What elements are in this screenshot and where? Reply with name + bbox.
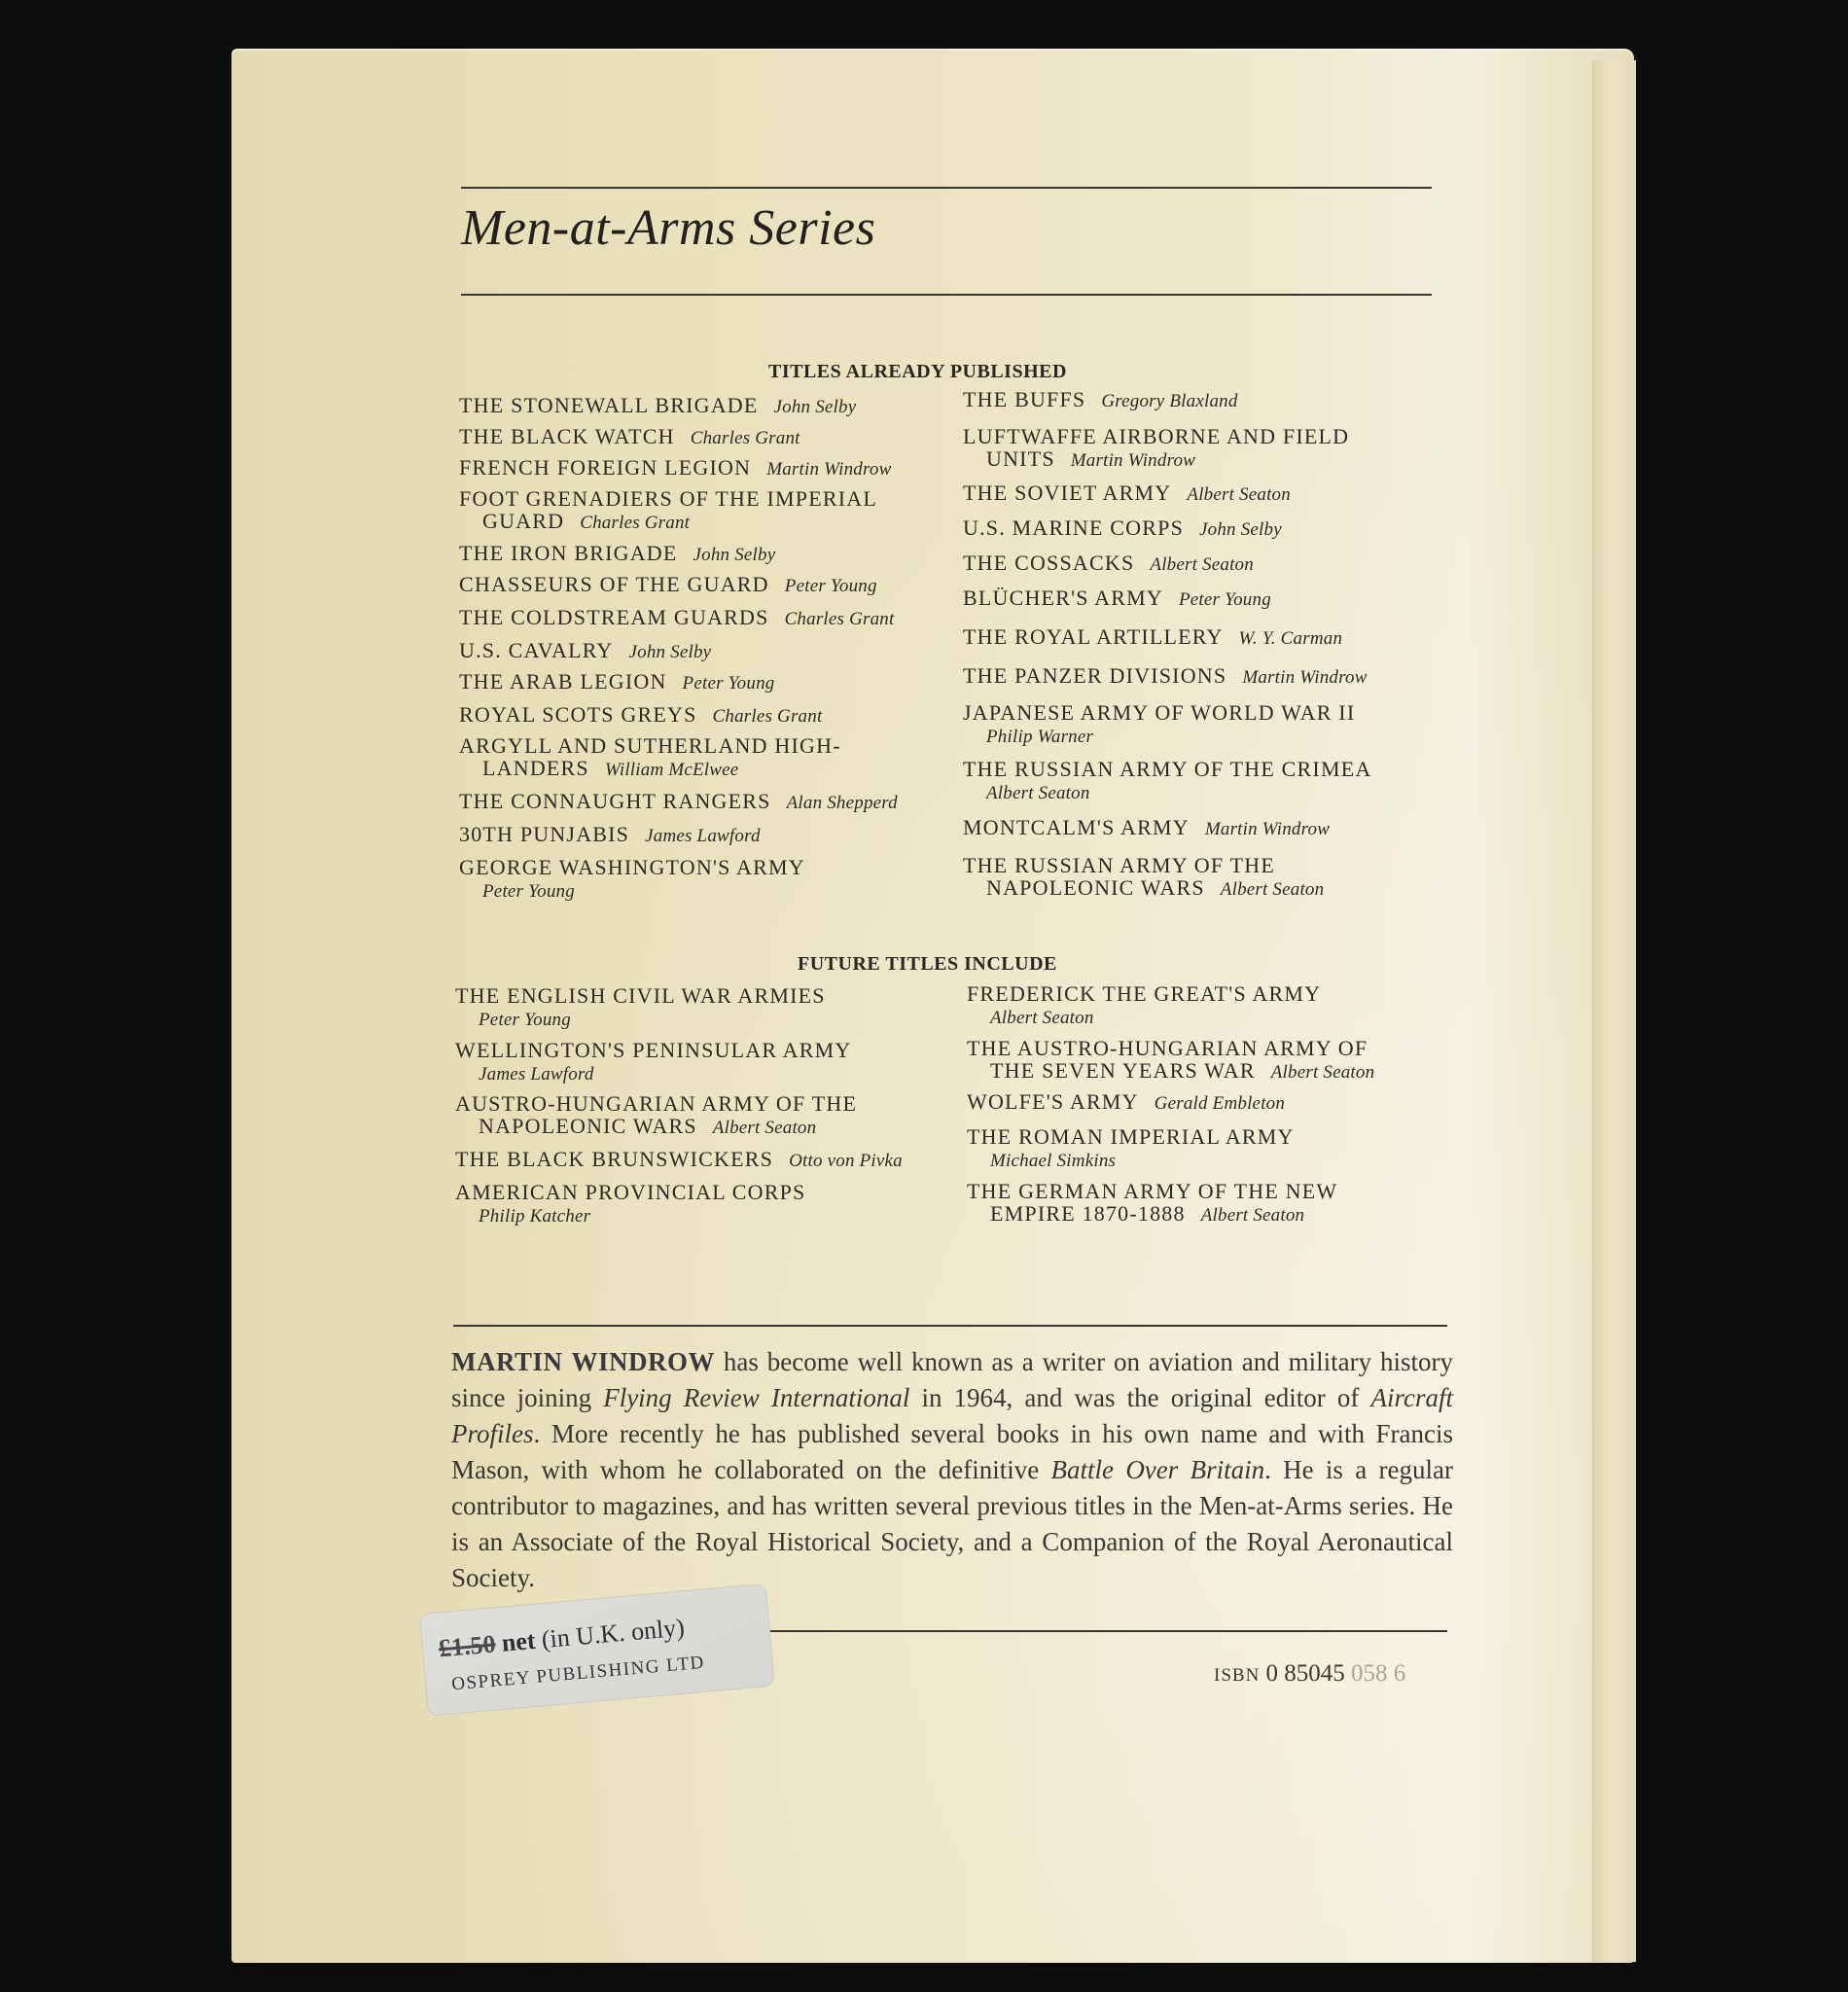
book-author-line: Michael Simkins [967, 1148, 1295, 1172]
book-author: Michael Simkins [990, 1151, 1116, 1171]
list-item: WOLFE'S ARMYGerald Embleton [967, 1090, 1285, 1115]
book-title: U.S. CAVALRY [459, 638, 613, 662]
book-title-continued: THE SEVEN YEARS WARAlbert Seaton [967, 1059, 1374, 1084]
series-title: Men-at-Arms Series [461, 199, 875, 257]
list-item: THE COLDSTREAM GUARDSCharles Grant [459, 606, 894, 630]
book-title: GEORGE WASHINGTON'S ARMY [459, 855, 805, 879]
author-name: MARTIN WINDROW [451, 1347, 715, 1376]
book-title: THE BLACK BRUNSWICKERS [455, 1147, 773, 1171]
book-title: FREDERICK THE GREAT'S ARMY [967, 981, 1321, 1006]
book-title-continued: UNITSMartin Windrow [963, 447, 1349, 472]
bio-divider-rule [453, 1325, 1447, 1327]
book-author-line: Peter Young [455, 1007, 826, 1031]
book-title-continued: LANDERSWilliam McElwee [459, 757, 841, 781]
book-title-continued: NAPOLEONIC WARSAlbert Seaton [455, 1115, 857, 1139]
book-title: LUFTWAFFE AIRBORNE AND FIELD [963, 424, 1349, 448]
isbn: ISBN 0 85045 058 6 [1214, 1660, 1405, 1688]
book-author-line: Peter Young [459, 878, 805, 903]
list-item: THE IRON BRIGADEJohn Selby [459, 542, 775, 566]
book-title: THE ROMAN IMPERIAL ARMY [967, 1124, 1295, 1149]
list-item: CHASSEURS OF THE GUARDPeter Young [459, 573, 877, 597]
list-item: THE COSSACKSAlbert Seaton [963, 551, 1254, 576]
list-item: JAPANESE ARMY OF WORLD WAR IIPhilip Warn… [963, 701, 1355, 748]
book-title: THE ENGLISH CIVIL WAR ARMIES [455, 983, 826, 1008]
book-author: Martin Windrow [1071, 450, 1195, 471]
list-item: THE BUFFSGregory Blaxland [963, 388, 1238, 412]
book-title: THE IRON BRIGADE [459, 541, 678, 565]
book-title: U.S. MARINE CORPS [963, 516, 1184, 540]
book-title: THE RUSSIAN ARMY OF THE [963, 853, 1275, 877]
book-author: Otto von Pivka [789, 1151, 903, 1171]
list-item: MONTCALM'S ARMYMartin Windrow [963, 816, 1330, 840]
isbn-number: 0 85045 [1266, 1660, 1345, 1687]
book-title: THE GERMAN ARMY OF THE NEW [967, 1179, 1337, 1203]
book-author: Charles Grant [580, 513, 690, 533]
book-author: Peter Young [479, 1010, 571, 1030]
book-author-line: Albert Seaton [963, 780, 1371, 804]
book-title: FRENCH FOREIGN LEGION [459, 455, 751, 480]
book-author: Philip Warner [986, 727, 1093, 747]
list-item: FREDERICK THE GREAT'S ARMYAlbert Seaton [967, 982, 1321, 1029]
book-title-cont-text: NAPOLEONIC WARS [986, 875, 1205, 900]
book-author: Peter Young [785, 576, 877, 596]
book-author: Albert Seaton [1187, 484, 1291, 505]
top-rule [461, 187, 1432, 189]
list-item: FRENCH FOREIGN LEGIONMartin Windrow [459, 456, 891, 480]
book-author: Philip Katcher [479, 1206, 590, 1227]
book-title: THE BLACK WATCH [459, 424, 675, 448]
book-title-cont-text: LANDERS [482, 756, 589, 780]
book-title: THE ARAB LEGION [459, 669, 667, 694]
book-title-continued: NAPOLEONIC WARSAlbert Seaton [963, 876, 1324, 901]
list-item: THE ENGLISH CIVIL WAR ARMIESPeter Young [455, 984, 826, 1031]
book-author: Albert Seaton [713, 1118, 817, 1138]
book-author: Alan Shepperd [787, 793, 898, 813]
book-author: Albert Seaton [1150, 554, 1254, 575]
book-spine-edge [1592, 60, 1636, 1962]
book-author-line: Albert Seaton [967, 1005, 1321, 1029]
list-item: THE RUSSIAN ARMY OF THENAPOLEONIC WARSAl… [963, 854, 1324, 901]
book-title: JAPANESE ARMY OF WORLD WAR II [963, 700, 1355, 725]
list-item: ROYAL SCOTS GREYSCharles Grant [459, 703, 822, 728]
book-title-continued: GUARDCharles Grant [459, 510, 877, 534]
list-item: ARGYLL AND SUTHERLAND HIGH-LANDERSWillia… [459, 734, 841, 781]
book-author: Gregory Blaxland [1101, 391, 1237, 411]
book-author: James Lawford [645, 826, 761, 846]
published-heading: TITLES ALREADY PUBLISHED [768, 361, 1067, 383]
list-item: 30TH PUNJABISJames Lawford [459, 823, 761, 847]
list-item: THE BLACK WATCHCharles Grant [459, 425, 800, 449]
price-note: (in U.K. only) [541, 1613, 686, 1654]
book-author: Peter Young [683, 673, 775, 694]
list-item: THE BLACK BRUNSWICKERSOtto von Pivka [455, 1148, 903, 1172]
book-title: THE PANZER DIVISIONS [963, 663, 1226, 688]
book-title: WELLINGTON'S PENINSULAR ARMY [455, 1038, 852, 1062]
book-title: THE ROYAL ARTILLERY [963, 624, 1224, 649]
book-author: Albert Seaton [990, 1008, 1094, 1028]
book-title: BLÜCHER'S ARMY [963, 586, 1163, 610]
future-heading: FUTURE TITLES INCLUDE [798, 953, 1057, 976]
book-title: THE AUSTRO-HUNGARIAN ARMY OF [967, 1036, 1368, 1060]
list-item: THE PANZER DIVISIONSMartin Windrow [963, 664, 1368, 689]
list-item: U.S. MARINE CORPSJohn Selby [963, 516, 1282, 541]
book-author: Albert Seaton [1221, 879, 1325, 900]
list-item: THE CONNAUGHT RANGERSAlan Shepperd [459, 790, 898, 814]
list-item: THE STONEWALL BRIGADEJohn Selby [459, 394, 856, 418]
book-title: MONTCALM'S ARMY [963, 815, 1190, 839]
book-title: THE COLDSTREAM GUARDS [459, 605, 769, 629]
list-item: BLÜCHER'S ARMYPeter Young [963, 587, 1271, 611]
book-title: THE SOVIET ARMY [963, 480, 1171, 505]
list-item: THE RUSSIAN ARMY OF THE CRIMEAAlbert Sea… [963, 758, 1371, 804]
isbn-label: ISBN [1214, 1665, 1260, 1686]
book-author-line: Philip Katcher [455, 1203, 805, 1227]
book-author: William McElwee [605, 760, 739, 780]
book-title: 30TH PUNJABIS [459, 822, 629, 846]
book-author: Gerald Embleton [1155, 1093, 1285, 1114]
bio-text-segment: in 1964, and was the original editor of [909, 1383, 1370, 1412]
list-item: LUFTWAFFE AIRBORNE AND FIELDUNITSMartin … [963, 425, 1349, 472]
title-bottom-rule [461, 294, 1432, 296]
book-title: ARGYLL AND SUTHERLAND HIGH- [459, 733, 841, 758]
book-author: John Selby [693, 545, 776, 565]
list-item: FOOT GRENADIERS OF THE IMPERIALGUARDChar… [459, 487, 877, 534]
author-biography: MARTIN WINDROW has become well known as … [451, 1344, 1453, 1596]
book-title-cont-text: NAPOLEONIC WARS [479, 1114, 697, 1138]
book-title: FOOT GRENADIERS OF THE IMPERIAL [459, 486, 877, 511]
book-title: ROYAL SCOTS GREYS [459, 702, 697, 727]
book-title: THE STONEWALL BRIGADE [459, 393, 759, 417]
book-title: THE BUFFS [963, 387, 1085, 411]
price-amount: £1.50 [438, 1629, 497, 1662]
book-author: John Selby [1199, 519, 1282, 540]
list-item: THE SOVIET ARMYAlbert Seaton [963, 481, 1291, 506]
book-title: CHASSEURS OF THE GUARD [459, 572, 769, 596]
book-title-continued: EMPIRE 1870-1888Albert Seaton [967, 1202, 1337, 1227]
book-title: THE COSSACKS [963, 551, 1134, 575]
book-author: Martin Windrow [766, 459, 891, 480]
list-item: THE ROMAN IMPERIAL ARMYMichael Simkins [967, 1125, 1295, 1172]
book-author: John Selby [774, 397, 857, 417]
book-title-cont-text: THE SEVEN YEARS WAR [990, 1058, 1256, 1083]
price-net: net [501, 1626, 537, 1657]
book-author: W. Y. Carman [1239, 628, 1343, 649]
book-author: Albert Seaton [986, 783, 1090, 803]
book-author: Peter Young [1179, 589, 1271, 610]
book-title: WOLFE'S ARMY [967, 1089, 1139, 1114]
book-title: THE RUSSIAN ARMY OF THE CRIMEA [963, 757, 1371, 781]
list-item: THE AUSTRO-HUNGARIAN ARMY OFTHE SEVEN YE… [967, 1037, 1374, 1084]
price-line: £1.50 net (in U.K. only) [438, 1613, 686, 1663]
book-author: Charles Grant [785, 609, 895, 629]
list-item: THE GERMAN ARMY OF THE NEWEMPIRE 1870-18… [967, 1180, 1337, 1227]
list-item: THE ARAB LEGIONPeter Young [459, 670, 774, 694]
list-item: GEORGE WASHINGTON'S ARMYPeter Young [459, 856, 805, 903]
list-item: U.S. CAVALRYJohn Selby [459, 639, 711, 663]
list-item: AUSTRO-HUNGARIAN ARMY OF THENAPOLEONIC W… [455, 1092, 857, 1139]
book-author-line: Philip Warner [963, 724, 1355, 748]
book-author: John Selby [628, 642, 711, 662]
list-item: WELLINGTON'S PENINSULAR ARMYJames Lawfor… [455, 1039, 852, 1085]
book-title-cont-text: UNITS [986, 446, 1055, 471]
book-author: Charles Grant [691, 428, 800, 448]
publication-title: Flying Review International [603, 1383, 909, 1412]
book-title-cont-text: EMPIRE 1870-1888 [990, 1201, 1186, 1226]
list-item: THE ROYAL ARTILLERYW. Y. Carman [963, 625, 1342, 650]
book-title-cont-text: GUARD [482, 509, 564, 533]
bottom-rule [770, 1630, 1447, 1632]
book-author: James Lawford [479, 1064, 594, 1085]
isbn-number-faded: 058 6 [1351, 1660, 1405, 1687]
list-item: AMERICAN PROVINCIAL CORPSPhilip Katcher [455, 1181, 805, 1227]
book-author: Martin Windrow [1242, 667, 1367, 688]
book-title: AUSTRO-HUNGARIAN ARMY OF THE [455, 1091, 857, 1116]
book-author-line: James Lawford [455, 1061, 852, 1085]
book-author: Martin Windrow [1205, 819, 1330, 839]
book-author: Peter Young [482, 881, 575, 902]
book-author: Albert Seaton [1201, 1205, 1305, 1226]
publication-title: Battle Over Britain [1051, 1455, 1265, 1484]
book-author: Albert Seaton [1271, 1062, 1375, 1083]
book-title: AMERICAN PROVINCIAL CORPS [455, 1180, 805, 1204]
book-title: THE CONNAUGHT RANGERS [459, 789, 771, 813]
book-author: Charles Grant [713, 706, 823, 727]
